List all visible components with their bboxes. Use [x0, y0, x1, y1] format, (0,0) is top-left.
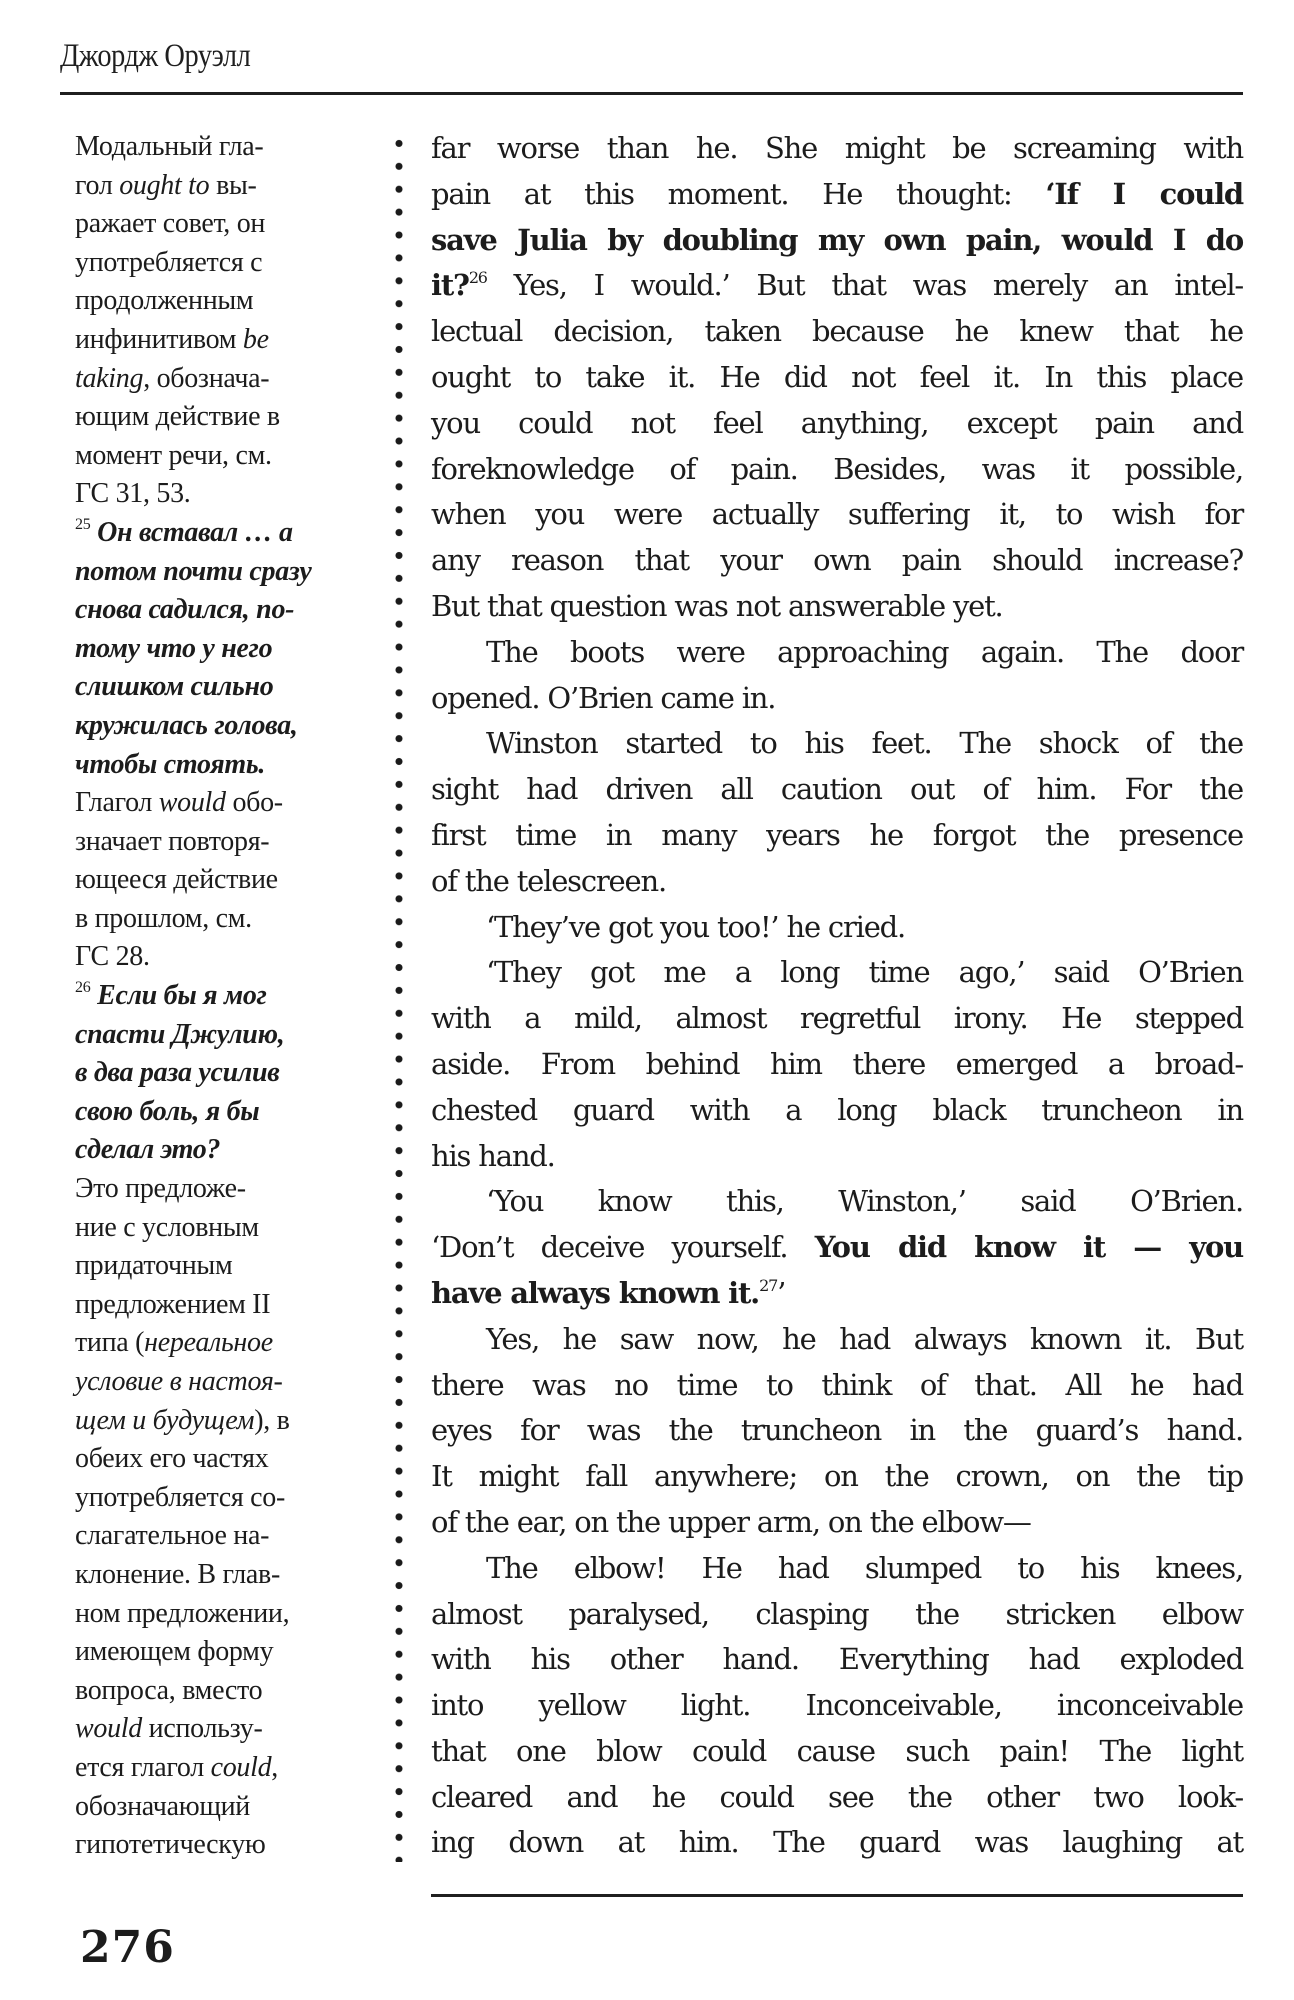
footnote-body-line: условие в настоя- [75, 1363, 375, 1402]
text-line: Yes, he saw now, he had always known it.… [431, 1317, 1243, 1363]
text-line: pain at this moment. He thought: ‘If I c… [431, 172, 1243, 218]
text-line: with his other hand. Everything had expl… [431, 1637, 1243, 1683]
footnote-number: 26 [75, 979, 90, 996]
text-line: that one blow could cause such pain! The… [431, 1729, 1243, 1775]
dotted-column-separator [392, 132, 406, 1862]
text-line: save Julia by doubling my own pain, woul… [431, 218, 1243, 264]
text-line: there was no time to think of that. All … [431, 1363, 1243, 1409]
text-line: Winston started to his feet. The shock o… [431, 721, 1243, 767]
footnote-body-line: ГС 28. [75, 938, 375, 977]
commentary-line: продолженным [75, 282, 375, 321]
footnote-heading-line: потом почти сразу [75, 553, 375, 592]
text-line: first time in many years he forgot the p… [431, 813, 1243, 859]
footnote-body-line: ние с условным [75, 1209, 375, 1248]
footnote-body-line: ется глагол could, [75, 1749, 375, 1788]
bold-phrase: ‘If I could [1045, 177, 1243, 211]
footnote-heading-line: 26 Если бы я мог [75, 977, 375, 1016]
commentary-line: Модальный гла- [75, 128, 375, 167]
text-line: eyes for was the truncheon in the guard’… [431, 1408, 1243, 1454]
commentary-line: гол ought to вы- [75, 167, 375, 206]
text-line: cleared and he could see the other two l… [431, 1775, 1243, 1821]
commentary-line: taking, обознача- [75, 360, 375, 399]
text-line: ‘Don’t deceive yourself. You did know it… [431, 1225, 1243, 1271]
footnote-body-line: слагательное на- [75, 1517, 375, 1556]
text-line: ought to take it. He did not feel it. In… [431, 355, 1243, 401]
footnote-body-line: would использу- [75, 1710, 375, 1749]
footnote-body-line: значает повторя- [75, 823, 375, 862]
text-line: But that question was not answerable yet… [431, 584, 1243, 630]
footnote-body-line: обозначающий [75, 1788, 375, 1827]
italic-term: нереальное [144, 1327, 273, 1358]
footnote-heading-line: 25 Он вставал … а [75, 514, 375, 553]
commentary-line: момент речи, см. [75, 437, 375, 476]
text-line: it?26 Yes, I would.’ But that was merely… [431, 263, 1243, 309]
footnote-body-line: придаточным [75, 1247, 375, 1286]
text-line: The boots were approaching again. The do… [431, 630, 1243, 676]
footnote-body-line: предложением II [75, 1286, 375, 1325]
text-line: of the ear, on the upper arm, on the elb… [431, 1500, 1243, 1546]
text-line: foreknowledge of pain. Besides, was it p… [431, 447, 1243, 493]
text-line: have always known it.27’ [431, 1271, 1243, 1317]
footnote-heading-line: сделал это? [75, 1131, 375, 1170]
commentary-line: ющим действие в [75, 398, 375, 437]
italic-term: be [243, 324, 269, 355]
text-line: when you were actually suffering it, to … [431, 492, 1243, 538]
text-line: sight had driven all caution out of him.… [431, 767, 1243, 813]
text-line: chested guard with a long black truncheo… [431, 1088, 1243, 1134]
text-line: into yellow light. Inconceivable, inconc… [431, 1683, 1243, 1729]
italic-term: ought to [119, 170, 209, 201]
bold-phrase: it? [431, 268, 469, 302]
text-line: his hand. [431, 1134, 1243, 1180]
bold-phrase: You did know it — you [815, 1230, 1243, 1264]
text-line: It might fall anywhere; on the crown, on… [431, 1454, 1243, 1500]
footnote-body-line: вопроса, вместо [75, 1672, 375, 1711]
text-line: The elbow! He had slumped to his knees, [431, 1546, 1243, 1592]
commentary-line: ГС 31, 53. [75, 475, 375, 514]
footnote-body-line: щем и будущем), в [75, 1402, 375, 1441]
italic-term: условие в настоя- [75, 1366, 283, 1397]
italic-term: would [75, 1713, 142, 1744]
footnote-heading-line: чтобы стоять. [75, 746, 375, 785]
text-line: opened. O’Brien came in. [431, 676, 1243, 722]
footnote-heading-line: снова садился, по- [75, 591, 375, 630]
footnote-body-line: гипотетическую [75, 1826, 375, 1865]
text-line: of the telescreen. [431, 859, 1243, 905]
text-line: ing down at him. The guard was laughing … [431, 1820, 1243, 1866]
text-line: ‘They’ve got you too!’ he cried. [431, 905, 1243, 951]
footnote-body-line: ном предложении, [75, 1595, 375, 1634]
footnote-body-line: Это предложе- [75, 1170, 375, 1209]
footnote-body-line: ющееся действие [75, 861, 375, 900]
italic-term: щем и будущем [75, 1405, 254, 1436]
text-line: any reason that your own pain should inc… [431, 538, 1243, 584]
bold-phrase: have always known it. [431, 1276, 759, 1310]
footnote-ref: 27 [759, 1276, 777, 1295]
footer-rule [431, 1894, 1243, 1897]
footnote-body-line: Глагол would обо- [75, 784, 375, 823]
footnote-body-line: клонение. В глав- [75, 1556, 375, 1595]
text-line: you could not feel anything, except pain… [431, 401, 1243, 447]
footnote-body-line: в прошлом, см. [75, 900, 375, 939]
footnote-body-line: обеих его частях [75, 1440, 375, 1479]
footnote-heading-line: кружилась голова, [75, 707, 375, 746]
footnote-number: 25 [75, 516, 90, 533]
footnote-heading-line: слишком сильно [75, 668, 375, 707]
footnote-body-line: типа (нереальное [75, 1324, 375, 1363]
footnote-heading-line: свою боль, я бы [75, 1093, 375, 1132]
text-line: with a mild, almost regretful irony. He … [431, 996, 1243, 1042]
text-line: almost paralysed, clasping the stricken … [431, 1592, 1243, 1638]
text-line: ‘You know this, Winston,’ said O’Brien. [431, 1179, 1243, 1225]
text-line: ‘They got me a long time ago,’ said O’Br… [431, 950, 1243, 996]
italic-term: would [159, 787, 226, 818]
footnote-heading-line: спасти Джулию, [75, 1016, 375, 1055]
commentary-column: Модальный гла-гол ought to вы-ражает сов… [75, 128, 375, 1865]
text-line: far worse than he. She might be screamin… [431, 126, 1243, 172]
text-line: lectual decision, taken because he knew … [431, 309, 1243, 355]
page-number: 276 [80, 1922, 175, 1973]
commentary-line: употребляется с [75, 244, 375, 283]
footnote-body-line: употребляется со- [75, 1479, 375, 1518]
header-rule [60, 92, 1243, 95]
running-head: Джордж Оруэлл [60, 38, 250, 75]
italic-term: could [211, 1752, 272, 1783]
commentary-line: ражает совет, он [75, 205, 375, 244]
text-line: aside. From behind him there emerged a b… [431, 1042, 1243, 1088]
main-text-column: far worse than he. She might be screamin… [431, 126, 1243, 1866]
footnote-heading-line: тому что у него [75, 630, 375, 669]
footnote-ref: 26 [469, 268, 487, 287]
bold-phrase: save Julia by doubling my own pain, woul… [431, 223, 1243, 257]
footnote-body-line: имеющем форму [75, 1633, 375, 1672]
commentary-line: инфинитивом be [75, 321, 375, 360]
footnote-heading-line: в два раза усилив [75, 1054, 375, 1093]
italic-term: taking [75, 363, 143, 394]
